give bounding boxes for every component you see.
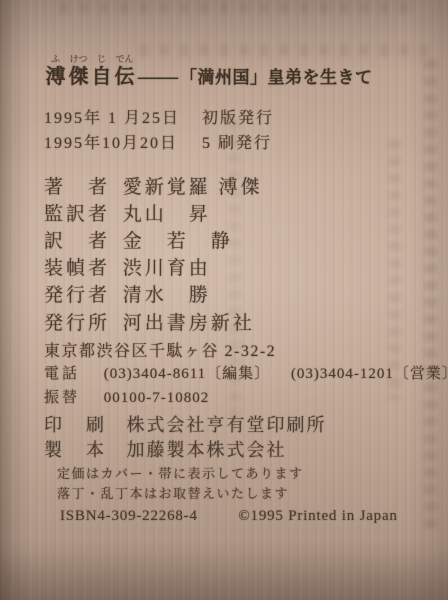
credit-name: 愛新覚羅 溥傑: [123, 177, 263, 198]
phone-line: 電話 (03)3404-8611〔編集〕 (03)3404-1201〔営業〕: [44, 362, 448, 383]
binder-role: 製 本: [44, 436, 120, 462]
title-dash: ――: [138, 65, 178, 89]
title-subtitle: 「満州国」皇弟を生きて: [180, 66, 373, 89]
show-through-column-3: [388, 140, 401, 400]
credit-name: 清水 勝: [123, 285, 211, 306]
phone-sales: (03)3404-1201〔営業〕: [291, 366, 448, 382]
title-char: ふ 溥: [44, 54, 67, 89]
postal-transfer-line: 振替 00100-7-10802: [44, 386, 225, 407]
transfer-label: 振替: [44, 386, 99, 407]
phone-label: 電話: [44, 362, 99, 383]
title-char: でん 伝: [113, 54, 136, 89]
printer-role: 印 刷: [44, 411, 120, 437]
binder-line: 製 本 加藤製本株式会社: [44, 436, 287, 462]
phone-editorial: (03)3404-8611〔編集〕: [104, 366, 270, 382]
title-main-with-furigana: ふ 溥 けつ 傑 じ 自 でん 伝: [44, 54, 136, 89]
edition-line-fifth: 1995年10月20日 5 刷発行: [44, 130, 272, 153]
printer-line: 印 刷 株式会社亨有堂印刷所: [44, 411, 327, 437]
credit-name: 金 若 静: [123, 231, 233, 252]
isbn-number: ISBN4-309-22268-4: [60, 508, 198, 524]
edition-label: 5 刷発行: [202, 135, 272, 152]
edition-date: 1995年 1 月25日: [44, 105, 196, 128]
credit-name: 渋川育由: [123, 258, 211, 279]
edition-date: 1995年10月20日: [44, 130, 196, 153]
publisher-address: 東京都渋谷区千駄ヶ谷 2-32-2: [44, 338, 276, 361]
credit-publishing-house: 発行所 河出書房新社: [44, 308, 255, 335]
credit-role: 監訳者: [44, 199, 116, 226]
title-char: じ 自: [90, 54, 113, 89]
credit-author: 著 者 愛新覚羅 溥傑: [44, 172, 263, 199]
credit-translator: 訳 者 金 若 静: [44, 226, 233, 253]
credit-name: 河出書房新社: [123, 313, 255, 334]
credit-supervising-translator: 監訳者 丸山 昇: [44, 199, 211, 226]
credit-role: 訳 者: [44, 226, 116, 253]
credit-book-designer: 装幀者 渋川育由: [44, 253, 211, 280]
printer-name: 株式会社亨有堂印刷所: [127, 415, 327, 435]
credit-role: 装幀者: [44, 253, 116, 280]
edition-label: 初版発行: [202, 110, 274, 127]
binder-name: 加藤製本株式会社: [127, 440, 287, 460]
copyright-notice: ©1995 Printed in Japan: [238, 508, 397, 524]
show-through-top: [60, 2, 420, 14]
title-char: けつ 傑: [67, 54, 90, 89]
price-notice: 定価はカバー・帯に表示してあります: [57, 463, 304, 482]
book-title: ふ 溥 けつ 傑 じ 自 でん 伝 ―― 「満州国」皇弟を生きて: [44, 54, 373, 89]
credit-publisher-person: 発行者 清水 勝: [44, 280, 211, 307]
credit-role: 発行者: [44, 280, 116, 307]
credit-role: 著 者: [44, 172, 116, 199]
credit-role: 発行所: [44, 308, 116, 335]
transfer-number: 00100-7-10802: [104, 390, 210, 406]
credit-name: 丸山 昇: [123, 204, 211, 225]
edition-line-first: 1995年 1 月25日 初版発行: [44, 105, 274, 128]
isbn-copyright-line: ISBN4-309-22268-4 ©1995 Printed in Japan: [60, 508, 398, 525]
book-colophon-page: ふ 溥 けつ 傑 じ 自 でん 伝 ―― 「満州国」皇弟を生きて 1995年 1…: [0, 0, 448, 600]
defective-copy-notice: 落丁・乱丁本はお取替えいたします: [57, 483, 289, 502]
show-through-right-column: [424, 60, 437, 530]
